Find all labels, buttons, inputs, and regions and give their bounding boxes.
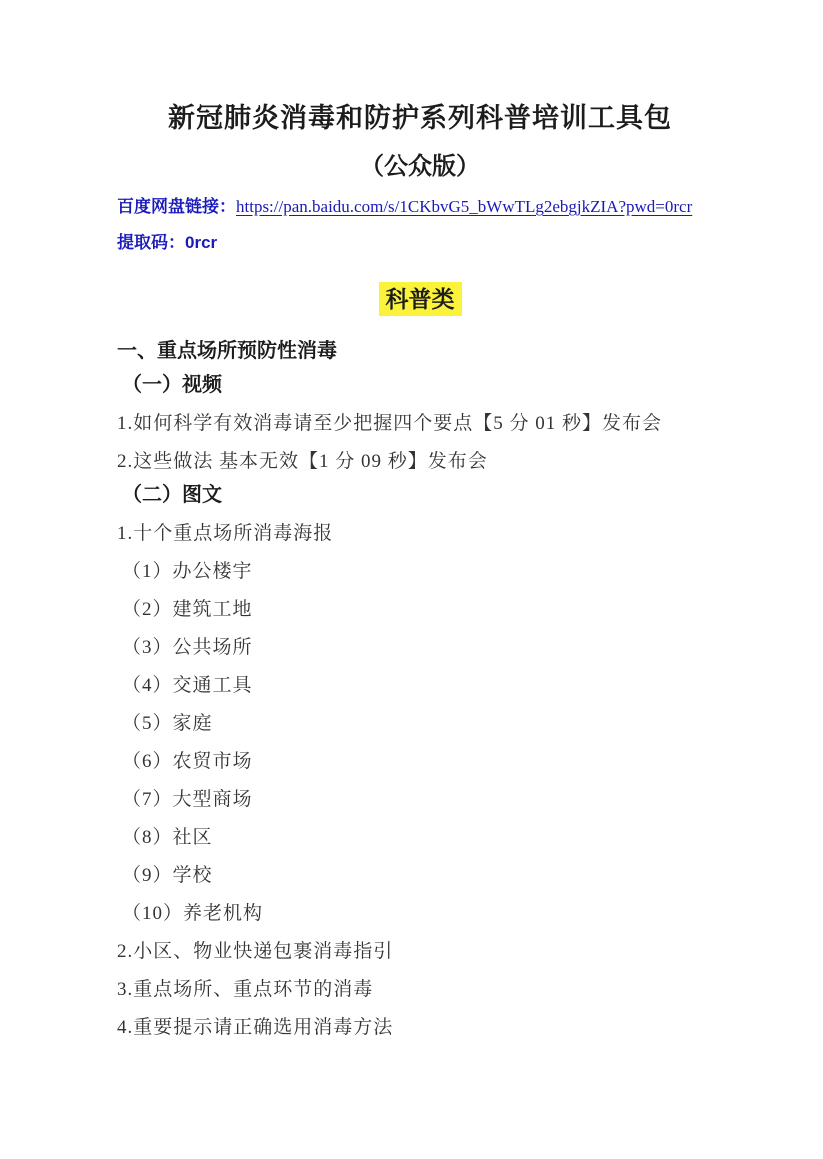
list-item: （4）交通工具 [117, 674, 723, 698]
section-heading: 一、重点场所预防性消毒 [117, 338, 723, 364]
list-item: 2.小区、物业快递包裹消毒指引 [117, 940, 723, 964]
list-item: （2）建筑工地 [117, 598, 723, 622]
list-item: （3）公共场所 [117, 636, 723, 660]
list-item: （10）养老机构 [117, 902, 723, 926]
subsection-heading-video: （一）视频 [117, 372, 723, 398]
baidu-link-label: 百度网盘链接： [117, 197, 236, 216]
extract-code: 提取码：0rcr [117, 232, 723, 254]
category-badge-row: 科普类 [117, 282, 723, 316]
list-item: （1）办公楼宇 [117, 560, 723, 584]
category-badge: 科普类 [379, 282, 462, 316]
list-item: 3.重点场所、重点环节的消毒 [117, 978, 723, 1002]
document-title: 新冠肺炎消毒和防护系列科普培训工具包 [117, 100, 723, 136]
list-item: （5）家庭 [117, 712, 723, 736]
list-item: （9）学校 [117, 864, 723, 888]
list-item: （8）社区 [117, 826, 723, 850]
subsection-heading-graphic: （二）图文 [117, 482, 723, 508]
list-item: 2.这些做法 基本无效【1 分 09 秒】发布会 [117, 450, 723, 474]
list-item: （7）大型商场 [117, 788, 723, 812]
list-item: 1.如何科学有效消毒请至少把握四个要点【5 分 01 秒】发布会 [117, 412, 723, 436]
list-item: （6）农贸市场 [117, 750, 723, 774]
document-subtitle: （公众版） [117, 152, 723, 182]
baidu-pan-link[interactable]: https://pan.baidu.com/s/1CKbvG5_bWwTLg2e… [236, 197, 692, 216]
list-item: 4.重要提示请正确选用消毒方法 [117, 1016, 723, 1040]
document-page: 新冠肺炎消毒和防护系列科普培训工具包 （公众版） 百度网盘链接：https://… [0, 0, 823, 1159]
list-item: 1.十个重点场所消毒海报 [117, 522, 723, 546]
baidu-link-line: 百度网盘链接：https://pan.baidu.com/s/1CKbvG5_b… [117, 196, 723, 218]
